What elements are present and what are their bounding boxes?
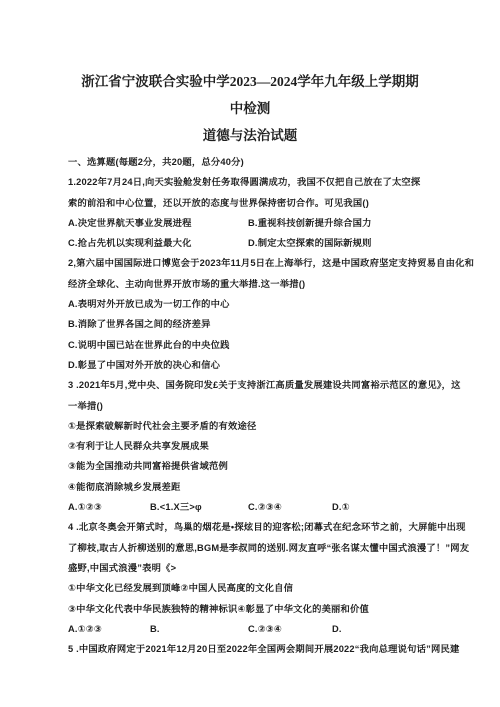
question-1-option-d: D.制定太空探索的国际新规则 (248, 233, 372, 253)
question-2-stem-line1: 2,第六届中国国际进口博览会于2023年11月5日在上海举行，这是中国政府坚定支… (68, 253, 470, 273)
question-3-option-c: C.②③④ (248, 497, 332, 517)
question-4-option-d: D. (332, 619, 342, 639)
question-2-option-b: B.消除了世界各国之间的经济差异 (68, 314, 470, 334)
question-3-options-row: A.①②③ B.<1.X三>φ C.②③④ D.① (68, 497, 470, 517)
question-4-option-a: A.①②③ (68, 619, 150, 639)
question-4-items-34: ③中华文化代表中华民族独特的精神标识④彰显了中华文化的美丽和价值 (68, 599, 470, 619)
question-3-stem-line2: 一举措() (68, 396, 470, 416)
question-3-option-a: A.①②③ (68, 497, 150, 517)
question-3-stem-line1: 3 .2021年5月,党中央、国务院印发£关于支持浙江高质量发展建设共同富裕示范… (68, 375, 470, 395)
question-1-options-row2: C.抢占先机以实现利益最大化 D.制定太空探索的国际新规则 (68, 233, 470, 253)
document-header: 浙江省宁波联合实验中学2023—2024学年九年级上学期期 中检测 道德与法治试… (0, 0, 500, 149)
question-5-stem-line1: 5 .中国政府网定于2021年12月20日至2022年全国两会期间开展2022“… (68, 639, 470, 659)
question-3-item-2: ②有利于让人民群众共享发展成果 (68, 436, 470, 456)
question-4-items-12: ①中华文化已经发展到顶峰②中国人民高度的文化自信 (68, 578, 470, 598)
document-subtitle: 道德与法治试题 (0, 122, 500, 149)
question-3-item-1: ①是探索破解新时代社会主要矛盾的有效途径 (68, 416, 470, 436)
question-4-option-b: B. (150, 619, 248, 639)
question-3-item-4: ④能彻底消除城乡发展差距 (68, 477, 470, 497)
document-title-line1: 浙江省宁波联合实验中学2023—2024学年九年级上学期期 (0, 68, 500, 95)
question-2-option-c: C.说明中国已站在世界此台的中央位践 (68, 335, 470, 355)
question-4-stem-line2: 了柳枝,取古人折柳送别的意思,BGM是李叔同的送别.网友直呼“张名谋太懂中国式浪… (68, 538, 470, 558)
question-3-option-b: B.<1.X三>φ (150, 497, 248, 517)
question-1-option-a: A.决定世界航天事业发展进程 (68, 213, 248, 233)
question-1-option-b: B.重视科技创新提升综合国力 (248, 213, 372, 233)
question-4-option-c: C.②③④ (248, 619, 332, 639)
question-2-option-d: D.彰显了中国对外开放的决心和信心 (68, 355, 470, 375)
question-4-options-row: A.①②③ B. C.②③④ D. (68, 619, 470, 639)
section-heading: 一、选算题(每题2分，共20题，总分40分) (68, 152, 470, 172)
question-4-stem-line1: 4 .北京冬奥会开第式时，鸟巢的烟花是•探炫目的迎客松;闭幕式在纪念环节之前，大… (68, 517, 470, 537)
question-1-options-row1: A.决定世界航天事业发展进程 B.重视科技创新提升综合国力 (68, 213, 470, 233)
question-3-item-3: ③能为全国推动共同富裕提供省域范例 (68, 456, 470, 476)
question-2-stem-line2: 经济全球化、主动向世界开放市场的重大举措.这一举措() (68, 274, 470, 294)
question-3-option-d: D.① (332, 497, 350, 517)
question-2-option-a: A.表明对外开放已成为一切工作的中心 (68, 294, 470, 314)
question-1-option-c: C.抢占先机以实现利益最大化 (68, 233, 248, 253)
document-title-line2: 中检测 (0, 95, 500, 122)
document-body: 一、选算题(每题2分，共20题，总分40分) 1.2022年7月24日,向天实验… (68, 149, 470, 659)
question-1-stem-line1: 1.2022年7月24日,向天实验舱发射任务取得圆满成功，我国不仅把自己放在了太… (68, 172, 470, 192)
exam-document-page: 浙江省宁波联合实验中学2023—2024学年九年级上学期期 中检测 道德与法治试… (0, 0, 500, 707)
question-4-stem-line3: 盛野,中国式浪漫”表明《> (68, 558, 470, 578)
question-1-stem-line2: 索的前沿和中心位置，还以开放的态度与世界保持密切合作。可见我国() (68, 193, 470, 213)
